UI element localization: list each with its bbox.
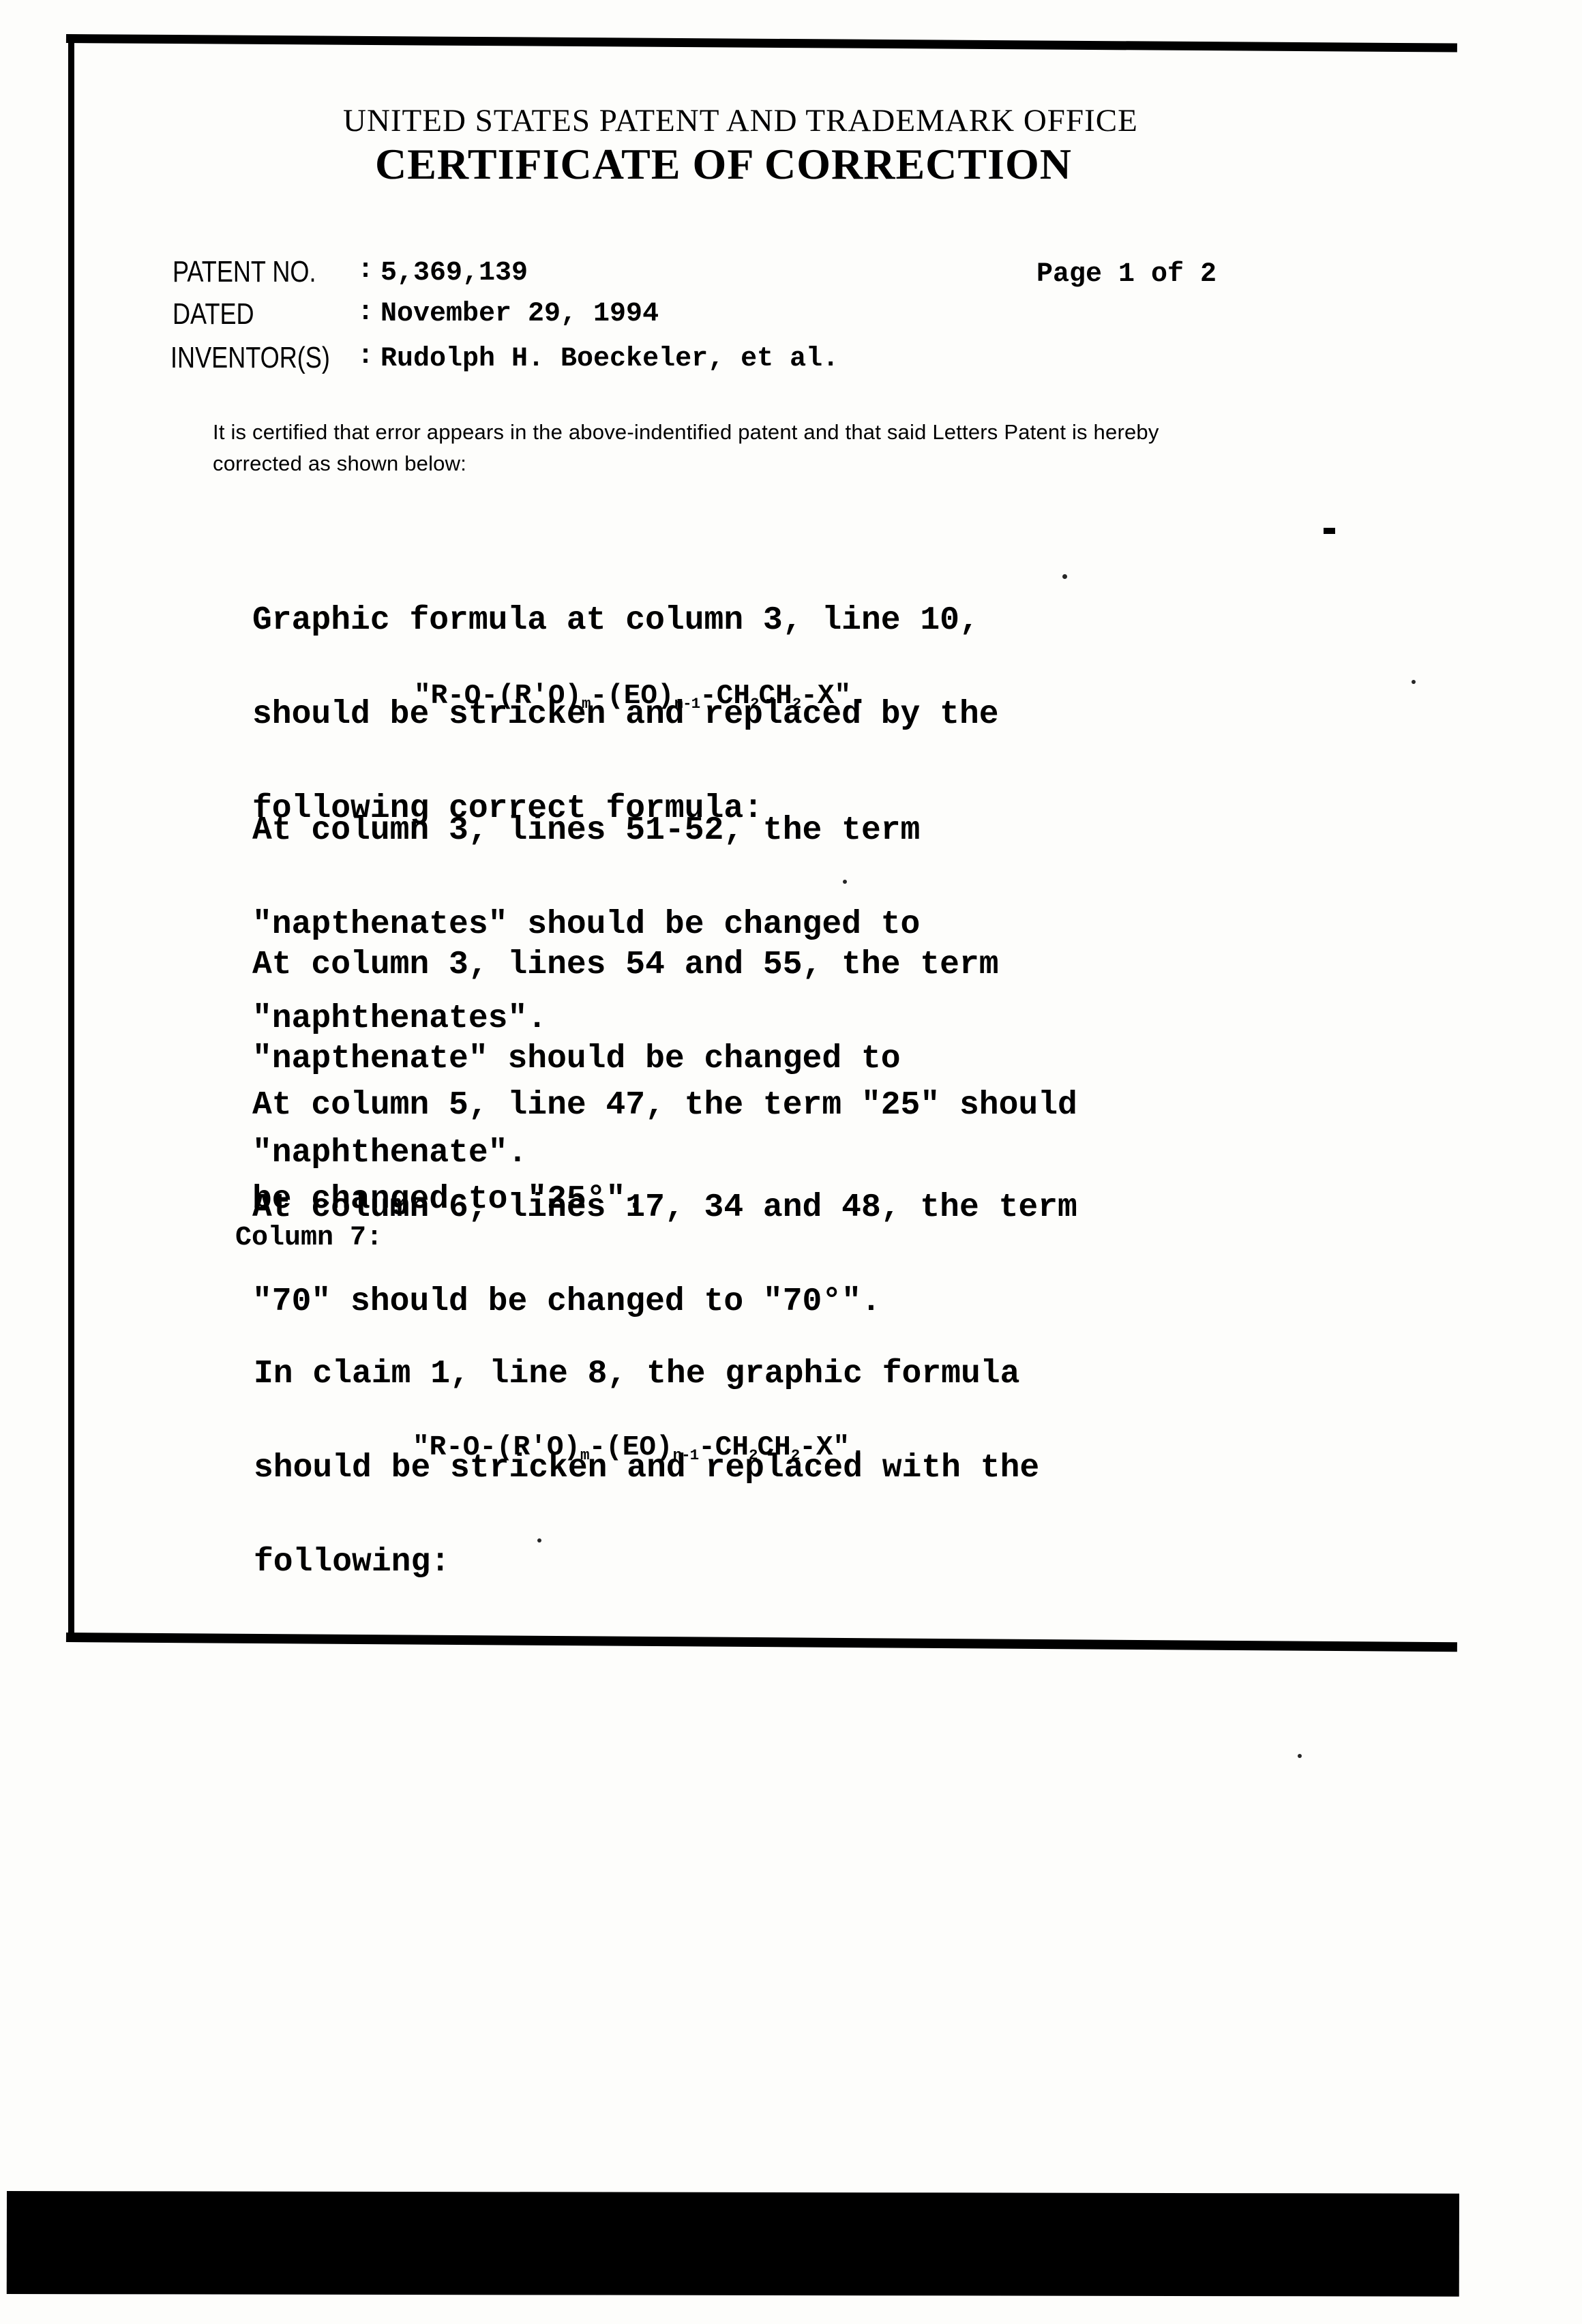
document-title: CERTIFICATE OF CORRECTION [375,139,1072,190]
scan-speck [1298,1754,1302,1758]
inventors-colon: : [357,341,374,372]
formula-segment: -CH [698,1432,749,1463]
scanner-black-band [7,2191,1459,2297]
scan-speck [1062,574,1067,579]
certification-line-2: corrected as shown below: [213,451,466,476]
inventors-value: Rudolph H. Boeckeler, et al. [380,344,839,374]
formula-segment: -X". [799,1432,866,1463]
certification-line-1: It is certified that error appears in th… [213,420,1159,445]
scan-speck [1412,680,1416,684]
paragraph-line: At column 3, lines 51-52, the term [252,815,920,846]
patent-no-colon: : [357,255,374,286]
page-indicator: Page 1 of 2 [1036,259,1217,290]
formula-segment: -(EO) [589,1432,673,1463]
dated-label: DATED [173,297,254,331]
page-border-top [66,34,1457,53]
paragraph-line: Graphic formula at column 3, line 10, [252,605,999,636]
correction-paragraph-6: In claim 1, line 8, the graphic formula … [254,1296,1039,1641]
formula-segment: CH [758,1432,791,1463]
formula-segment: -X". [801,681,867,712]
patent-no-label: PATENT NO. [173,255,316,289]
paragraph-line: following: [254,1547,1039,1578]
formula-segment: "R-O-(R'O) [413,1432,580,1463]
paragraph-line: At column 6, lines 17, 34 and 48, the te… [252,1192,1077,1223]
formula-segment: -(EO) [591,681,674,712]
formula-subscript: 2 [791,1446,800,1464]
paragraph-line: In claim 1, line 8, the graphic formula [254,1358,1039,1390]
formula-segment: CH [759,681,792,712]
formula-segment: -CH [700,681,750,712]
formula-subscript: 2 [749,1446,758,1464]
formula-subscript: 2 [750,695,759,713]
formula-subscript: n-1 [673,1446,699,1464]
chemical-formula-2: "R-O-(R'O)m-(EO)n-1-CH2CH2-X". [413,1432,867,1463]
uspto-office-name: UNITED STATES PATENT AND TRADEMARK OFFIC… [343,102,1138,139]
certificate-of-correction-page: UNITED STATES PATENT AND TRADEMARK OFFIC… [0,0,1582,2324]
scan-dash-mark [1324,528,1335,534]
chemical-formula-1: "R-O-(R'O)m-(EO)n-1-CH2CH2-X". [414,681,868,712]
formula-subscript: 2 [792,695,801,713]
formula-subscript: n-1 [674,695,700,713]
paragraph-line: At column 5, line 47, the term "25" shou… [252,1090,1077,1121]
column-7-heading: Column 7: [235,1223,383,1253]
page-border-left [68,35,74,1642]
formula-subscript: m [582,695,591,713]
formula-subscript: m [580,1446,589,1464]
patent-no-value: 5,369,139 [380,258,528,288]
dated-value: November 29, 1994 [380,299,659,329]
inventors-label: INVENTOR(S) [170,341,330,375]
dated-colon: : [357,297,374,328]
paragraph-line: At column 3, lines 54 and 55, the term [252,949,999,981]
formula-segment: "R-O-(R'O) [414,681,582,712]
